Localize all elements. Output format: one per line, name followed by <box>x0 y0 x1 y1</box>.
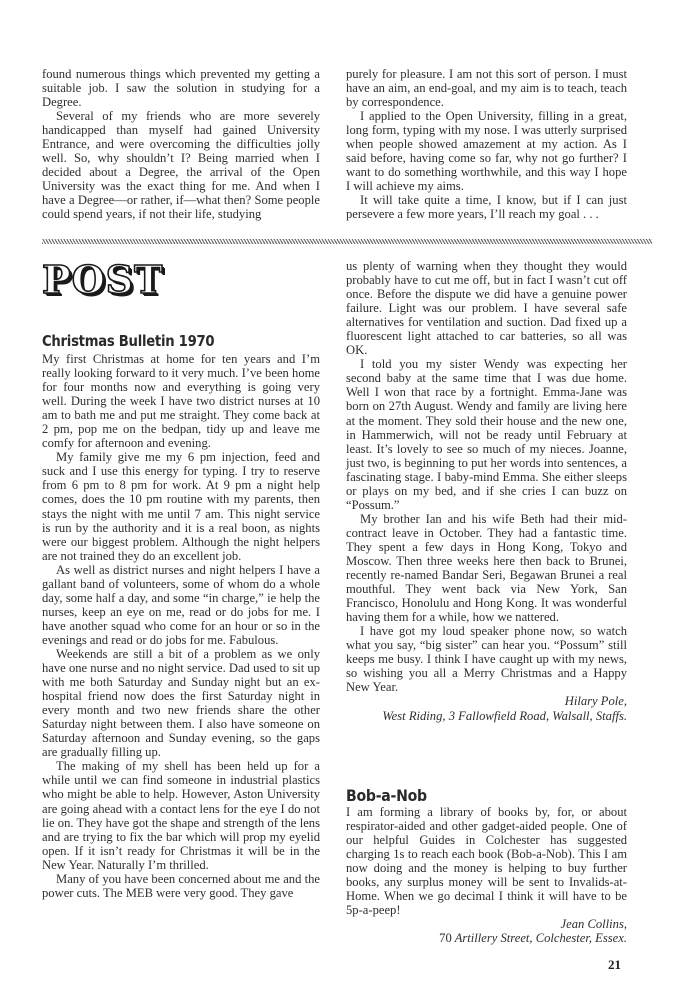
paragraph: I am forming a library of books by, for,… <box>346 805 627 917</box>
christmas-bulletin-left-column: My first Christmas at home for ten years… <box>42 352 320 900</box>
christmas-bulletin-right-column: us plenty of warning when they thought t… <box>346 259 627 723</box>
top-article-left-column: found numerous things which prevented my… <box>42 67 320 222</box>
paragraph: As well as district nurses and night hel… <box>42 563 320 647</box>
paragraph: found numerous things which prevented my… <box>42 67 320 109</box>
street-number: 70 <box>439 931 452 945</box>
signature-address: West Riding, 3 Fallowfield Road, Walsall… <box>346 709 627 723</box>
paragraph: I told you my sister Wendy was expecting… <box>346 357 627 512</box>
paragraph: My first Christmas at home for ten years… <box>42 352 320 450</box>
paragraph: It will take quite a time, I know, but i… <box>346 193 627 221</box>
paragraph: My family give me my 6 pm injection, fee… <box>42 450 320 562</box>
christmas-bulletin-heading: Christmas Bulletin 1970 <box>42 332 214 350</box>
paragraph: us plenty of warning when they thought t… <box>346 259 627 357</box>
signature-name: Hilary Pole, <box>346 694 627 708</box>
paragraph: Many of you have been concerned about me… <box>42 872 320 900</box>
magazine-page: found numerous things which prevented my… <box>0 0 690 999</box>
signature-name: Jean Collins, <box>346 917 627 931</box>
wavy-divider <box>42 239 652 244</box>
paragraph: I applied to the Open University, fillin… <box>346 109 627 193</box>
paragraph: I have got my loud speaker phone now, so… <box>346 624 627 694</box>
bob-a-nob-heading: Bob-a-Nob <box>346 786 427 805</box>
paragraph: Several of my friends who are more sever… <box>42 109 320 221</box>
paragraph: purely for pleasure. I am not this sort … <box>346 67 627 109</box>
paragraph: Weekends are still a bit of a problem as… <box>42 647 320 759</box>
page-number: 21 <box>608 957 621 973</box>
signature-address: Artillery Street, Colchester, Essex. <box>455 931 627 945</box>
paragraph: The making of my shell has been held up … <box>42 759 320 871</box>
post-section-logo: POST <box>42 260 163 300</box>
paragraph: My brother Ian and his wife Beth had the… <box>346 512 627 624</box>
top-article-right-column: purely for pleasure. I am not this sort … <box>346 67 627 222</box>
signature-address-line: 70 Artillery Street, Colchester, Essex. <box>346 931 627 945</box>
bob-a-nob-column: I am forming a library of books by, for,… <box>346 805 627 945</box>
